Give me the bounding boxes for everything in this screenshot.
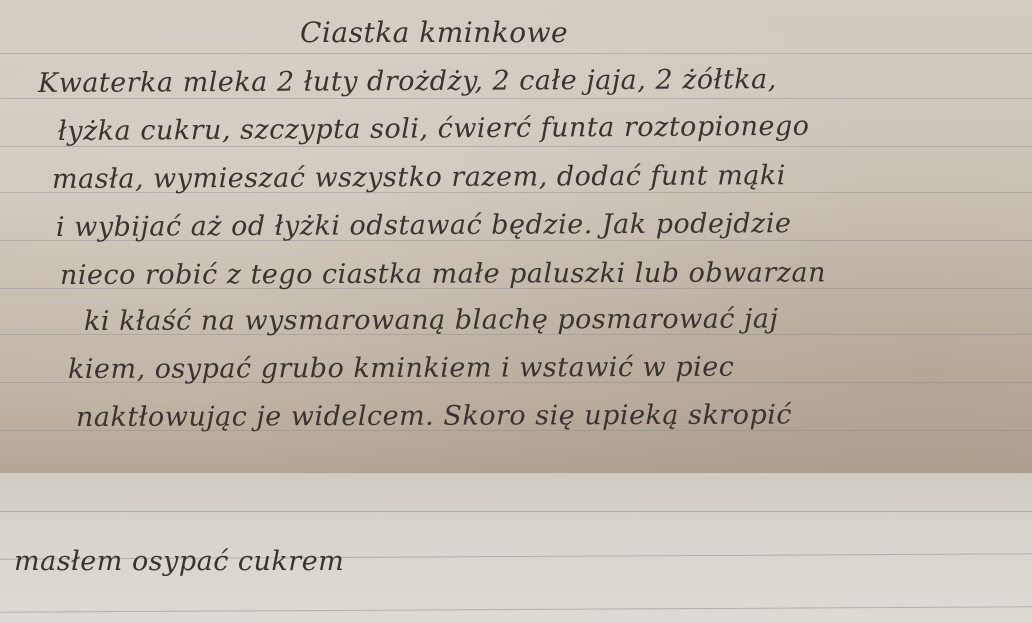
continuation-line: masłem osypać cukrem	[14, 546, 344, 577]
text-line-7: kiem, osypać grubo kminkiem i wstawić w …	[68, 352, 734, 385]
ruled-line	[0, 606, 1032, 612]
text-line-5: nieco robić z tego ciastka małe paluszki…	[60, 257, 826, 291]
text-line-3: masła, wymieszać wszystko razem, dodać f…	[52, 160, 786, 195]
recipe-page-photo-bottom: masłem osypać cukrem	[0, 473, 1032, 623]
ruled-line	[0, 53, 1032, 54]
text-line-2: łyżka cukru, szczypta soli, ćwierć funta…	[58, 111, 810, 147]
recipe-page-photo-top: Ciastka kminkowe Kwaterka mleka 2 łuty d…	[0, 0, 1032, 473]
text-line-1: Kwaterka mleka 2 łuty drożdży, 2 całe ja…	[38, 64, 777, 99]
text-line-4: i wybijać aż od łyżki odstawać będzie. J…	[56, 208, 792, 243]
text-line-8: naktłowując je widelcem. Skoro się upiek…	[76, 400, 792, 433]
text-line-6: ki kłaść na wysmarowaną blachę posmarowa…	[84, 304, 778, 337]
recipe-title: Ciastka kminkowe	[300, 16, 568, 49]
ruled-line	[0, 511, 1032, 512]
